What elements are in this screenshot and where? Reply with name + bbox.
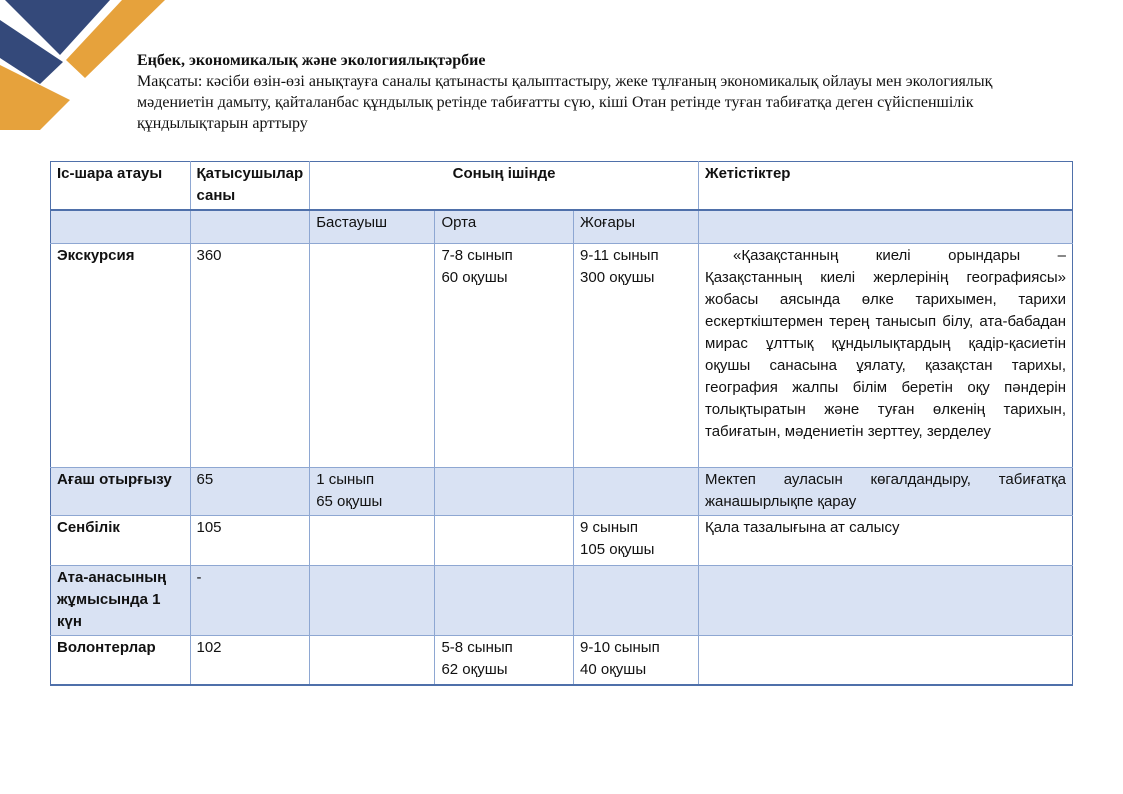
cell-middle <box>435 467 574 515</box>
subheader-primary: Бастауыш <box>310 210 435 243</box>
grade-text: 5-8 сынып <box>441 637 567 659</box>
header-event: Іс-шара атауы <box>51 162 191 211</box>
cell-senior: 9 сынып105 оқушы <box>574 515 699 565</box>
subheader-empty <box>699 210 1073 243</box>
table-row: Сенбілік1059 сынып105 оқушыҚала тазалығы… <box>51 515 1073 565</box>
grade-text: 1 сынып <box>316 469 428 491</box>
table-row: Ата-анасының жұмысында 1 күн- <box>51 565 1073 635</box>
student-count-text: 105 оқушы <box>580 539 692 561</box>
activities-table: Іс-шара атауы Қатысушылар саны Соның іші… <box>50 161 1073 686</box>
grade-text: 9 сынып <box>580 517 692 539</box>
cell-primary <box>310 515 435 565</box>
header-participants: Қатысушылар саны <box>190 162 310 211</box>
table-row: Экскурсия3607-8 сынып60 оқушы9-11 сынып3… <box>51 243 1073 467</box>
cell-senior <box>574 565 699 635</box>
grade-text: 9-10 сынып <box>580 637 692 659</box>
student-count-text: 300 оқушы <box>580 267 692 289</box>
cell-senior: 9-10 сынып40 оқушы <box>574 635 699 685</box>
cell-participants: 65 <box>190 467 310 515</box>
cell-senior: 9-11 сынып300 оқушы <box>574 243 699 467</box>
subheader-senior: Жоғары <box>574 210 699 243</box>
grade-text: 9-11 сынып <box>580 245 692 267</box>
header-including: Соның ішінде <box>310 162 699 211</box>
cell-participants: 102 <box>190 635 310 685</box>
cell-event: Ата-анасының жұмысында 1 күн <box>51 565 191 635</box>
cell-primary: 1 сынып65 оқушы <box>310 467 435 515</box>
student-count-text: 40 оқушы <box>580 659 692 681</box>
cell-middle <box>435 565 574 635</box>
cell-event: Экскурсия <box>51 243 191 467</box>
cell-primary <box>310 243 435 467</box>
table-row: Волонтерлар1025-8 сынып62 оқушы9-10 сыны… <box>51 635 1073 685</box>
subheader-middle: Орта <box>435 210 574 243</box>
cell-event: Сенбілік <box>51 515 191 565</box>
section-goal: Мақсаты: кәсіби өзін-өзі анықтауға санал… <box>137 71 1067 134</box>
cell-participants: 105 <box>190 515 310 565</box>
cell-senior <box>574 467 699 515</box>
subheader-empty <box>51 210 191 243</box>
cell-achievements <box>699 635 1073 685</box>
cell-primary <box>310 565 435 635</box>
cell-achievements: «Қазақстанның киелі орындары – Қазақстан… <box>699 243 1073 467</box>
cell-participants: 360 <box>190 243 310 467</box>
cell-middle: 5-8 сынып62 оқушы <box>435 635 574 685</box>
section-title: Еңбек, экономикалық және экологиялықтәрб… <box>137 50 1067 71</box>
header-achievements: Жетістіктер <box>699 162 1073 211</box>
cell-primary <box>310 635 435 685</box>
grade-text: 7-8 сынып <box>441 245 567 267</box>
student-count-text: 60 оқушы <box>441 267 567 289</box>
cell-middle <box>435 515 574 565</box>
table-header-row: Іс-шара атауы Қатысушылар саны Соның іші… <box>51 162 1073 211</box>
table-row: Ағаш отырғызу651 сынып65 оқушыМектеп аул… <box>51 467 1073 515</box>
cell-middle: 7-8 сынып60 оқушы <box>435 243 574 467</box>
cell-achievements: Қала тазалығына ат салысу <box>699 515 1073 565</box>
cell-participants: - <box>190 565 310 635</box>
table-subheader-row: Бастауыш Орта Жоғары <box>51 210 1073 243</box>
student-count-text: 65 оқушы <box>316 491 428 513</box>
student-count-text: 62 оқушы <box>441 659 567 681</box>
cell-achievements: Мектеп ауласын көгалдандыру, табиғатқа ж… <box>699 467 1073 515</box>
cell-event: Волонтерлар <box>51 635 191 685</box>
cell-achievements <box>699 565 1073 635</box>
section-heading: Еңбек, экономикалық және экологиялықтәрб… <box>137 50 1067 134</box>
subheader-empty <box>190 210 310 243</box>
cell-event: Ағаш отырғызу <box>51 467 191 515</box>
